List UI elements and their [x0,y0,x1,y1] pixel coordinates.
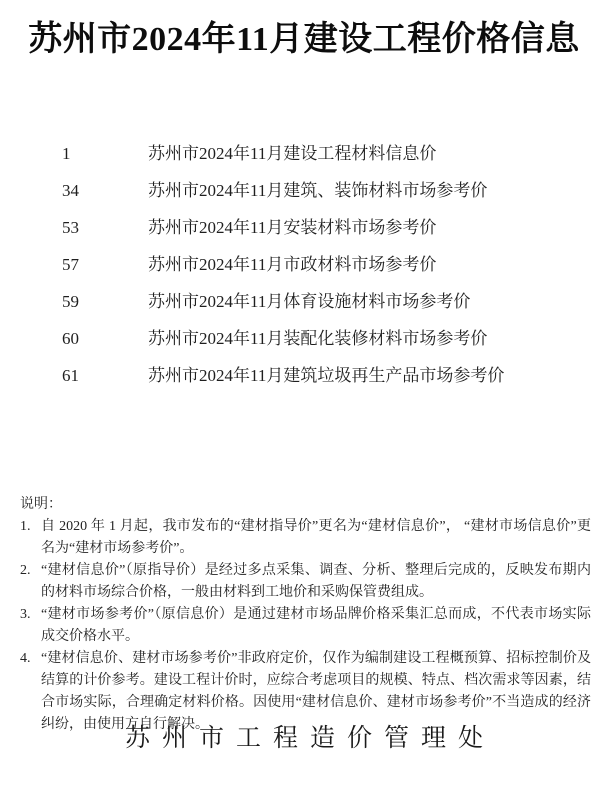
note-number: 2. [20,560,41,582]
toc-page-number: 57 [62,253,148,276]
toc-entry: 60 苏州市2024年11月装配化装修材料市场参考价 [62,327,588,350]
document-title: 苏州市2024年11月建设工程价格信息 [0,17,608,63]
toc-entry: 1 苏州市2024年11月建设工程材料信息价 [62,142,588,165]
toc-entry-title: 苏州市2024年11月装配化装修材料市场参考价 [148,327,588,350]
note-text: 自 2020 年 1 月起，我市发布的“建材指导价”更名为“建材信息价”， “建… [41,516,591,560]
toc-page-number: 53 [62,216,148,239]
toc-entry-title: 苏州市2024年11月建筑、装饰材料市场参考价 [148,179,588,202]
note-number: 3. [20,604,41,626]
toc-entry: 34 苏州市2024年11月建筑、装饰材料市场参考价 [62,179,588,202]
toc-entry-title: 苏州市2024年11月市政材料市场参考价 [148,253,588,276]
toc-entry: 57 苏州市2024年11月市政材料市场参考价 [62,253,588,276]
toc-entry-title: 苏州市2024年11月安装材料市场参考价 [148,216,588,239]
toc-entry-title: 苏州市2024年11月体育设施材料市场参考价 [148,290,588,313]
toc-entry-title: 苏州市2024年11月建筑垃圾再生产品市场参考价 [148,364,588,387]
table-of-contents: 1 苏州市2024年11月建设工程材料信息价 34 苏州市2024年11月建筑、… [62,142,588,401]
toc-page-number: 61 [62,364,148,387]
document-page: 苏州市2024年11月建设工程价格信息 1 苏州市2024年11月建设工程材料信… [0,0,608,796]
toc-entry-title: 苏州市2024年11月建设工程材料信息价 [148,142,588,165]
toc-entry: 61 苏州市2024年11月建筑垃圾再生产品市场参考价 [62,364,588,387]
toc-page-number: 60 [62,327,148,350]
toc-entry: 59 苏州市2024年11月体育设施材料市场参考价 [62,290,588,313]
note-number: 1. [20,516,41,538]
note-text: “建材市场参考价”（原信息价）是通过建材市场品牌价格采集汇总而成，不代表市场实际… [41,604,591,648]
note-item: 1. 自 2020 年 1 月起，我市发布的“建材指导价”更名为“建材信息价”，… [20,516,591,560]
toc-page-number: 1 [62,142,148,165]
note-number: 4. [20,648,41,670]
publisher-name: 苏州市工程造价管理处 [0,722,608,756]
note-item: 2. “建材信息价”（原指导价）是经过多点采集、调查、分析、整理后完成的，反映发… [20,560,591,604]
note-item: 3. “建材市场参考价”（原信息价）是通过建材市场品牌价格采集汇总而成，不代表市… [20,604,591,648]
toc-page-number: 34 [62,179,148,202]
toc-entry: 53 苏州市2024年11月安装材料市场参考价 [62,216,588,239]
note-text: “建材信息价”（原指导价）是经过多点采集、调查、分析、整理后完成的，反映发布期内… [41,560,591,604]
notes-section: 说明： 1. 自 2020 年 1 月起，我市发布的“建材指导价”更名为“建材信… [20,494,591,736]
notes-heading: 说明： [20,494,591,516]
toc-page-number: 59 [62,290,148,313]
